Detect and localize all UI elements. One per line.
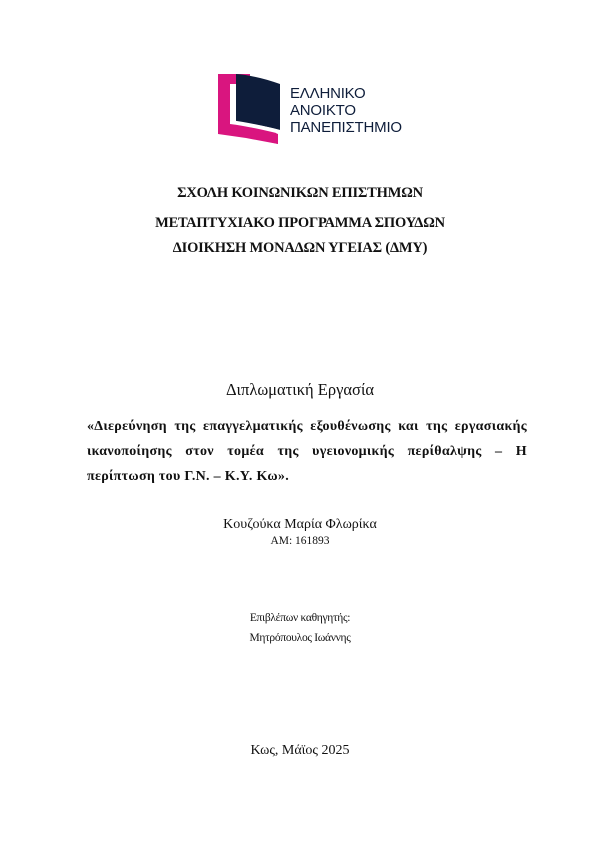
author-name: Κουζούκα Μαρία Φλωρίκα [0, 517, 600, 533]
thesis-title: «Διερεύνηση της επαγγελματικής εξουθένωσ… [87, 414, 527, 489]
logo-text-line-1: ΕΛΛΗΝΙΚΟ [290, 85, 402, 102]
logo-text-line-2: ΑΝΟΙΚΤΟ [290, 102, 402, 119]
student-id: ΑΜ: 161893 [0, 535, 600, 547]
logo-text-line-3: ΠΑΝΕΠΙΣΤΗΜΙΟ [290, 119, 402, 136]
specialization-heading: ΔΙΟΙΚΗΣΗ ΜΟΝΑΔΩΝ ΥΓΕΙΑΣ (ΔΜΥ) [0, 240, 600, 257]
program-heading: ΜΕΤΑΠΤΥΧΙΑΚΟ ΠΡΟΓΡΑΜΜΑ ΣΠΟΥΔΩΝ [0, 215, 600, 232]
supervisor-label: Επιβλέπων καθηγητής: [0, 612, 600, 624]
university-logo-text: ΕΛΛΗΝΙΚΟ ΑΝΟΙΚΤΟ ΠΑΝΕΠΙΣΤΗΜΙΟ [290, 85, 402, 136]
supervisor-name: Μητρόπουλος Ιωάννης [0, 632, 600, 644]
document-page: ΕΛΛΗΝΙΚΟ ΑΝΟΙΚΤΟ ΠΑΝΕΠΙΣΤΗΜΙΟ ΣΧΟΛΗ ΚΟΙΝ… [0, 0, 600, 849]
school-heading: ΣΧΟΛΗ ΚΟΙΝΩΝΙΚΩΝ ΕΠΙΣΤΗΜΩΝ [0, 185, 600, 202]
thesis-type: Διπλωματική Εργασία [0, 380, 600, 400]
university-logo: ΕΛΛΗΝΙΚΟ ΑΝΟΙΚΤΟ ΠΑΝΕΠΙΣΤΗΜΙΟ [216, 70, 406, 144]
university-logo-mark-icon [216, 70, 282, 144]
place-date: Κως, Μάϊος 2025 [0, 743, 600, 759]
